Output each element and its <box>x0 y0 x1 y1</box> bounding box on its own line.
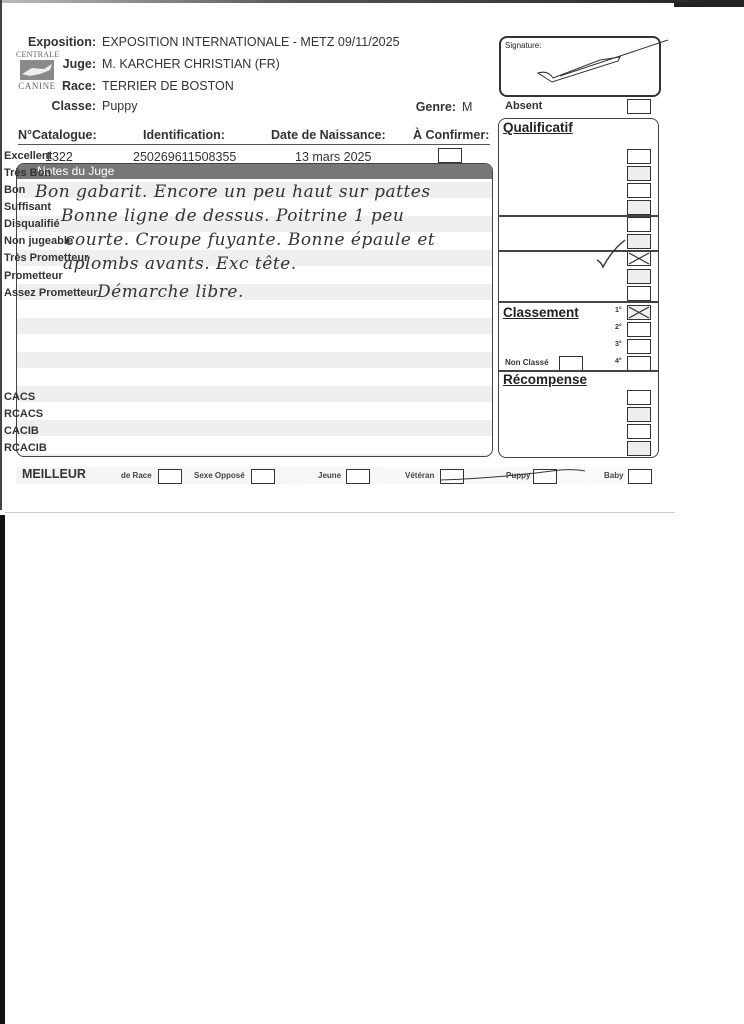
veteran-puppy-strike-icon <box>440 470 585 480</box>
signature-scribble-icon <box>538 40 668 82</box>
handwriting-overlay <box>0 0 744 1024</box>
checkmark-icon <box>597 240 625 267</box>
